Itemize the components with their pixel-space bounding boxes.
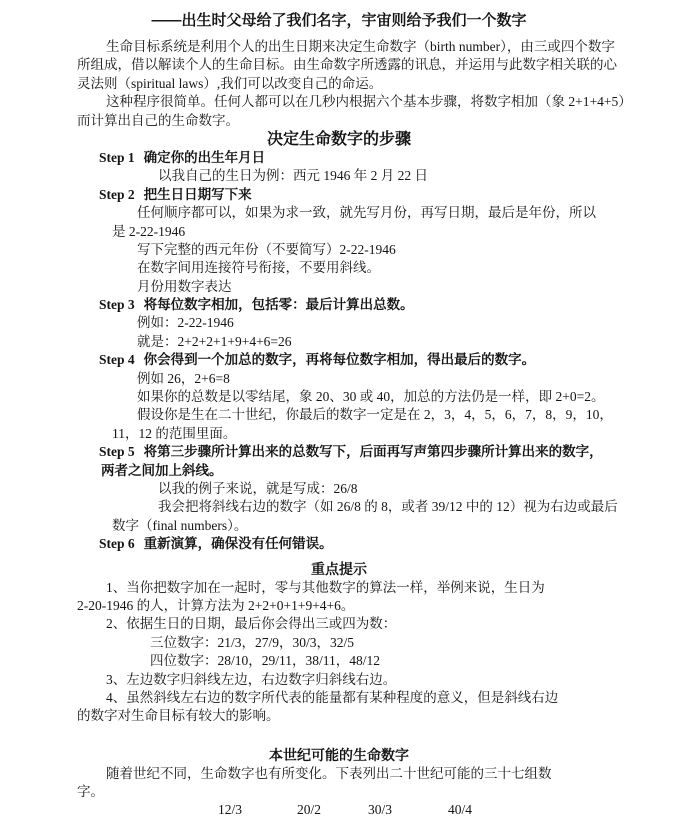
paragraph-line: 而计算出自己的生命数字。: [77, 112, 678, 130]
life-number-cell: 20/2: [297, 801, 321, 819]
step-title: 你会得到一个加总的数字，再将每位数字相加，得出最后的数字。: [144, 352, 536, 367]
step-title: 重新演算，确保没有任何错误。: [144, 536, 333, 551]
section-subheading: 重点提示: [0, 560, 678, 579]
life-numbers-row: 12/320/230/340/4: [0, 801, 678, 819]
step-label: Step 3: [99, 297, 135, 312]
step-body-line: 11，12 的范围里面。: [112, 425, 678, 443]
paragraph-line: 2-20-1946 的人，计算方法为 2+2+0+1+9+4+6。: [77, 597, 678, 615]
step-body-line: 例如：2-22-1946: [137, 314, 678, 332]
paragraph-line: 这种程序很简单。任何人都可以在几秒内根据六个基本步骤，将数字相加（象 2+1+4…: [106, 93, 678, 111]
number-list-line: 四位数字：28/10，29/11，38/11，48/12: [150, 652, 678, 670]
step-body-line: 就是：2+2+2+1+9+4+6=26: [137, 333, 678, 351]
paragraph-line: 3、左边数字归斜线左边，右边数字归斜线右边。: [106, 671, 678, 689]
step-heading: Step 6重新演算，确保没有任何错误。: [99, 535, 678, 553]
step-label: Step 4: [99, 352, 135, 367]
step-body-line: 是 2-22-1946: [112, 223, 678, 241]
step-heading: Step 3将每位数字相加，包括零：最后计算出总数。: [99, 296, 678, 314]
paragraph-line: 所组成，借以解读个人的生命目标。由生命数字所透露的讯息，并运用与此数字相关联的心: [77, 56, 678, 74]
step-body-line: 我会把将斜线右边的数字（如 26/8 的 8，或者 39/12 中的 12）视为…: [158, 498, 678, 516]
document-body: 生命目标系统是利用个人的出生日期来决定生命数字（birth number），由三…: [0, 38, 678, 820]
section-heading: 决定生命数字的步骤: [0, 130, 678, 149]
step-body-line: 例如 26，2+6=8: [137, 370, 678, 388]
number-list-line: 三位数字：21/3，27/9，30/3，32/5: [150, 634, 678, 652]
section-subheading: 本世纪可能的生命数字: [0, 746, 678, 765]
step-label: Step 1: [99, 150, 135, 165]
step-heading: Step 1确定你的出生年月日: [99, 149, 678, 167]
step-title: 确定你的出生年月日: [144, 150, 266, 165]
paragraph-line: 字。: [77, 783, 678, 801]
paragraph-line: 生命目标系统是利用个人的出生日期来决定生命数字（birth number），由三…: [106, 38, 678, 56]
step-body-line: 月份用数字表达: [137, 278, 678, 296]
paragraph-line: 1、当你把数字加在一起时，零与其他数字的算法一样，举例来说，生日为: [106, 579, 678, 597]
step-title: 将第三步骤所计算出来的总数写下，后面再写声第四步骤所计算出来的数字，: [144, 444, 603, 459]
step-body-line: 在数字间用连接符号衔接，不要用斜线。: [137, 259, 678, 277]
step-heading: Step 5将第三步骤所计算出来的总数写下，后面再写声第四步骤所计算出来的数字，: [99, 443, 678, 461]
paragraph-line: 随着世纪不同，生命数字也有所变化。下表列出二十世纪可能的三十七组数: [106, 765, 678, 783]
paragraph-line: 4、虽然斜线左右边的数字所代表的能量都有某种程度的意义，但是斜线右边: [106, 689, 678, 707]
step-label: Step 6: [99, 536, 135, 551]
spacer: [0, 726, 678, 740]
step-body-line: 数字（final numbers）。: [112, 517, 678, 535]
life-number-cell: 12/3: [218, 801, 242, 819]
life-number-cell: 40/4: [448, 801, 472, 819]
step-heading-continued: 两者之间加上斜线。: [101, 462, 678, 480]
step-label: Step 2: [99, 187, 135, 202]
life-number-cell: 30/3: [368, 801, 392, 819]
step-body-line: 假设你是生在二十世纪，你最后的数字一定是在 2，3，4，5，6，7，8，9，10…: [137, 406, 678, 424]
step-title: 把生日日期写下来: [144, 187, 252, 202]
step-heading: Step 2把生日日期写下来: [99, 186, 678, 204]
step-body-line: 如果你的总数是以零结尾，象 20、30 或 40，加总的方法仍是一样，即 2+0…: [137, 388, 678, 406]
document-title: ——出生时父母给了我们名字，宇宙则给予我们一个数字: [0, 0, 678, 28]
step-title: 将每位数字相加，包括零：最后计算出总数。: [144, 297, 414, 312]
step-heading: Step 4你会得到一个加总的数字，再将每位数字相加，得出最后的数字。: [99, 351, 678, 369]
step-body-line: 写下完整的西元年份（不要简写）2-22-1946: [137, 241, 678, 259]
paragraph-line: 2、依据生日的日期，最后你会得出三或四为数：: [106, 615, 678, 633]
paragraph-line: 的数字对生命目标有较大的影响。: [77, 707, 678, 725]
step-label: Step 5: [99, 444, 135, 459]
step-body-line: 任何顺序都可以，如果为求一致，就先写月份，再写日期，最后是年份，所以: [137, 204, 678, 222]
step-body-line: 以我的例子来说，就是写成：26/8: [158, 480, 678, 498]
paragraph-line: 灵法则（spiritual laws）,我们可以改变自己的命运。: [77, 75, 678, 93]
step-body-line: 以我自己的生日为例：西元 1946 年 2 月 22 日: [158, 167, 678, 185]
document-page: ——出生时父母给了我们名字，宇宙则给予我们一个数字 生命目标系统是利用个人的出生…: [0, 0, 678, 828]
